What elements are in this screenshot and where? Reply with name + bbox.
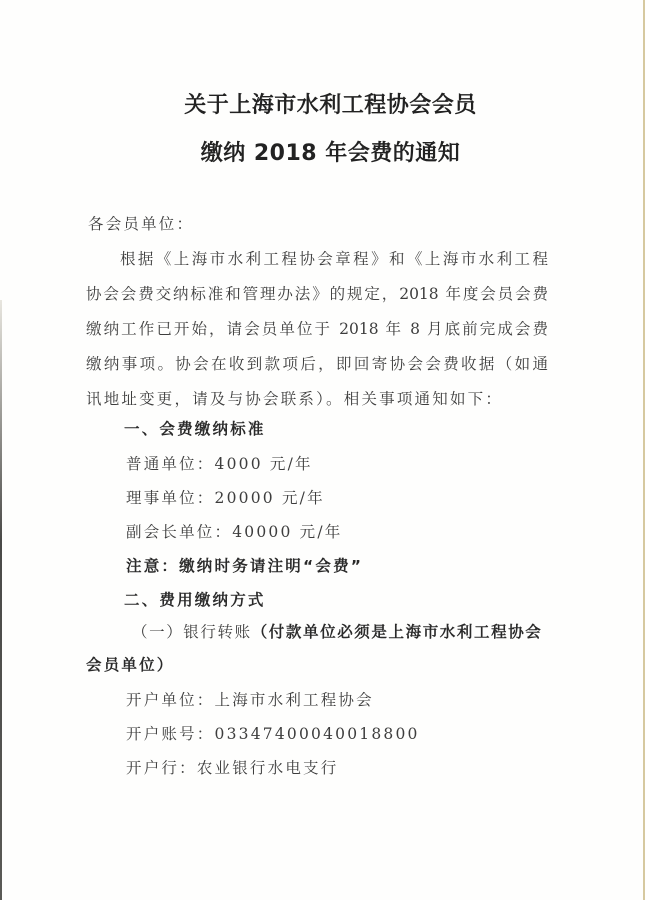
fee-row-regular: 普通单位：4000 元/年 (126, 452, 313, 474)
scan-edge-left (0, 300, 2, 900)
bank-label: 开户单位： (126, 691, 215, 709)
fee-row-vice-president: 副会长单位：40000 元/年 (126, 520, 342, 542)
bank-label: 开户账号： (126, 725, 215, 743)
bank-value: 上海市水利工程协会 (215, 691, 374, 709)
bank-account-number: 开户账号：03347400040018800 (126, 722, 420, 744)
bank-account-holder: 开户单位：上海市水利工程协会 (126, 688, 374, 710)
method1-line1: （一）银行转账（付款单位必须是上海市水利工程协会 (132, 620, 542, 642)
fee-label: 理事单位： (126, 489, 215, 507)
bank-branch: 开户行：农业银行水电支行 (126, 756, 338, 778)
intro-line-5: 讯地址变更，请及与协会联系）。相关事项通知如下： (86, 387, 503, 409)
fee-value: 40000 元/年 (232, 523, 342, 541)
fee-row-director: 理事单位：20000 元/年 (126, 486, 325, 508)
document-title-line2: 缴纳 2018 年会费的通知 (8, 136, 645, 167)
salutation: 各会员单位： (88, 212, 194, 234)
fee-label: 副会长单位： (126, 523, 232, 541)
method1-line2: 会员单位） (86, 653, 175, 675)
section1-heading: 一、会费缴纳标准 (124, 417, 266, 439)
section2-heading: 二、费用缴纳方式 (124, 588, 266, 610)
intro-line-1: 根据《上海市水利工程协会章程》和《上海市水利工程 (120, 247, 548, 269)
intro-line-2: 协会会费交纳标准和管理办法》的规定，2018 年度会员会费 (86, 282, 548, 304)
bank-label: 开户行： (126, 759, 197, 777)
payment-note: 注意：缴纳时务请注明“会费” (126, 554, 363, 576)
method1-requirement: （付款单位必须是上海市水利工程协会 (252, 623, 543, 641)
bank-value: 农业银行水电支行 (197, 759, 339, 777)
intro-line-4: 缴纳事项。协会在收到款项后，即回寄协会会费收据（如通 (86, 352, 548, 374)
fee-value: 20000 元/年 (215, 489, 325, 507)
document-page: 关于上海市水利工程协会会员 缴纳 2018 年会费的通知 各会员单位： 根据《上… (0, 0, 645, 900)
fee-value: 4000 元/年 (215, 455, 313, 473)
method1-prefix: （一）银行转账 (132, 623, 252, 641)
document-title-line1: 关于上海市水利工程协会会员 (8, 88, 645, 119)
bank-value: 03347400040018800 (215, 725, 420, 743)
intro-line-3: 缴纳工作已开始，请会员单位于 2018 年 8 月底前完成会费 (86, 317, 548, 339)
fee-label: 普通单位： (126, 455, 215, 473)
